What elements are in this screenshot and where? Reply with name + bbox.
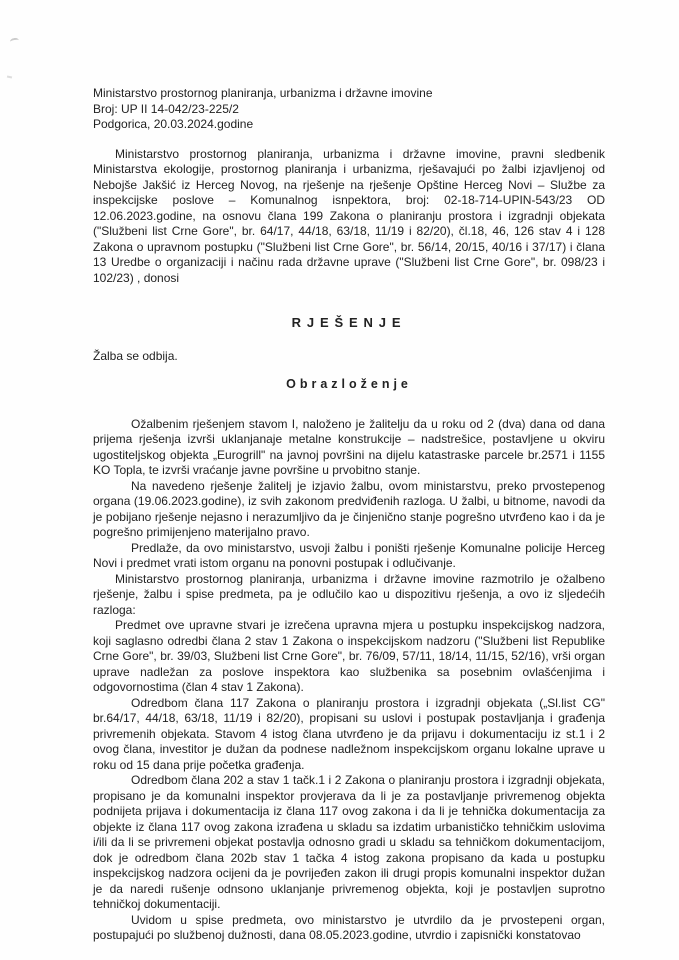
body-paragraph-1: Ožalbenim rješenjem stavom I, naloženo j… <box>93 417 605 479</box>
preamble-paragraph: Ministarstvo prostornog planiranja, urba… <box>93 147 605 287</box>
scan-artifact <box>10 37 20 44</box>
scan-artifact <box>7 76 12 79</box>
body-paragraph-4: Ministarstvo prostornog planiranja, urba… <box>93 572 605 619</box>
body-paragraph-3: Predlaže, da ovo ministarstvo, usvoji ža… <box>93 541 605 572</box>
body-paragraph-2: Na navedeno rješenje žalitelj je izjavio… <box>93 479 605 541</box>
document-header: Ministarstvo prostornog planiranja, urba… <box>93 86 605 133</box>
explanation-body: Ožalbenim rješenjem stavom I, naloženo j… <box>93 417 605 944</box>
explanation-heading: Obrazloženje <box>93 377 605 393</box>
body-paragraph-5: Predmet ove upravne stvari je izrečena u… <box>93 618 605 696</box>
issuing-authority: Ministarstvo prostornog planiranja, urba… <box>93 86 605 102</box>
document-page: Ministarstvo prostornog planiranja, urba… <box>0 0 679 960</box>
body-paragraph-7: Odredbom člana 202 a stav 1 tačk.1 i 2 Z… <box>93 773 605 913</box>
body-paragraph-6: Odredbom člana 117 Zakona o planiranju p… <box>93 696 605 774</box>
decision-title: RJEŠENJE <box>93 315 605 331</box>
place-and-date: Podgorica, 20.03.2024.godine <box>93 117 605 133</box>
case-number: Broj: UP II 14-042/23-225/2 <box>93 102 605 118</box>
verdict-text: Žalba se odbija. <box>93 349 605 365</box>
body-paragraph-8: Uvidom u spise predmeta, ovo ministarstv… <box>93 913 605 944</box>
